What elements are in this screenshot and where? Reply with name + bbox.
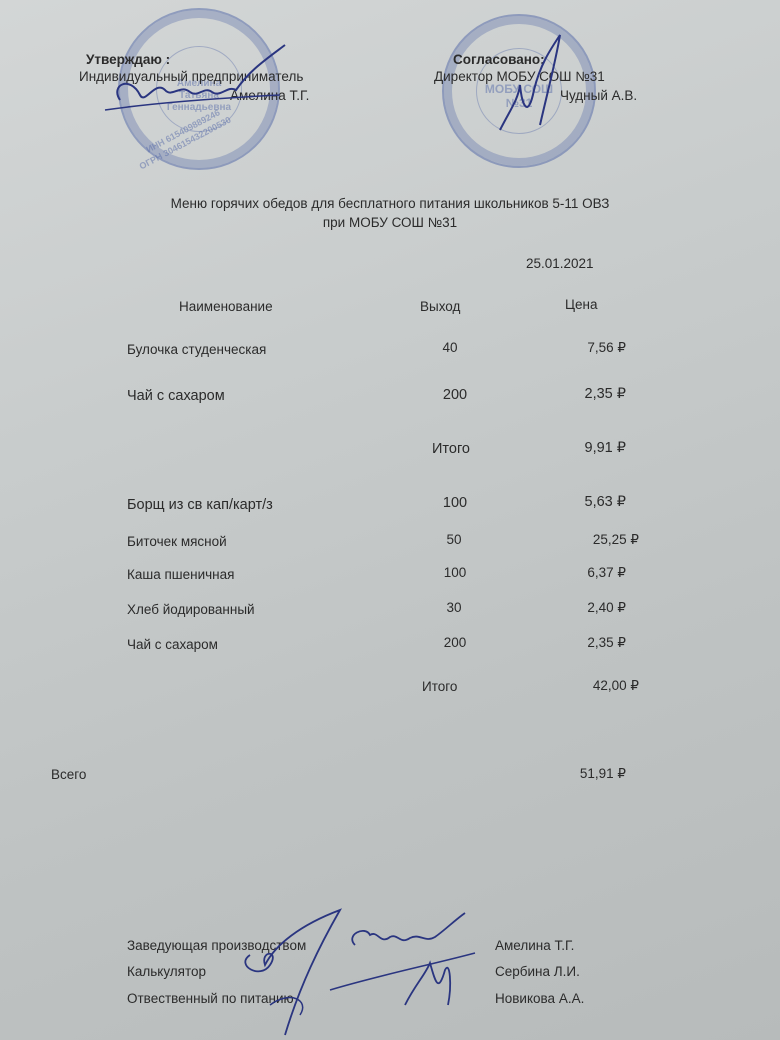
signer-role: Калькулятор xyxy=(127,964,206,979)
item-price: 25,25 ₽ xyxy=(540,532,639,548)
signer-name: Новикова А.А. xyxy=(495,991,584,1006)
item-price: 7,56 ₽ xyxy=(540,340,626,356)
item-yield: 200 xyxy=(425,635,485,650)
header-price: Цена xyxy=(565,297,597,312)
subtotal-value: 42,00 ₽ xyxy=(540,678,639,694)
signer-name: Сербина Л.И. xyxy=(495,964,580,979)
subtotal-label: Итого xyxy=(422,679,457,694)
item-yield: 200 xyxy=(425,387,485,403)
header-yield: Выход xyxy=(420,299,460,314)
item-yield: 30 xyxy=(424,600,484,615)
item-yield: 50 xyxy=(424,532,484,547)
agreed-name: Чудный А.В. xyxy=(560,88,637,103)
document-title-line1: Меню горячих обедов для бесплатного пита… xyxy=(0,196,780,211)
item-name: Каша пшеничная xyxy=(127,567,234,582)
item-name: Борщ из св кап/карт/з xyxy=(127,497,273,513)
item-yield: 40 xyxy=(420,340,480,355)
item-price: 2,35 ₽ xyxy=(540,635,626,651)
signature-left xyxy=(100,40,290,120)
item-name: Булочка студенческая xyxy=(127,342,266,357)
document-date: 25.01.2021 xyxy=(526,256,594,271)
item-name: Биточек мясной xyxy=(127,534,227,549)
document-title-line2: при МОБУ СОШ №31 xyxy=(0,215,780,230)
item-price: 6,37 ₽ xyxy=(540,565,626,581)
item-name: Хлеб йодированный xyxy=(127,602,255,617)
item-price: 5,63 ₽ xyxy=(540,494,626,510)
item-price: 2,35 ₽ xyxy=(540,386,626,402)
signature-right xyxy=(490,30,570,140)
item-price: 2,40 ₽ xyxy=(540,600,626,616)
header-name: Наименование xyxy=(179,299,273,314)
item-name: Чай с сахаром xyxy=(127,637,218,652)
grand-total-value: 51,91 ₽ xyxy=(540,766,626,782)
subtotal-label: Итого xyxy=(432,441,470,457)
grand-total-label: Всего xyxy=(51,767,86,782)
item-yield: 100 xyxy=(425,565,485,580)
signature-bottom xyxy=(230,905,490,1040)
item-yield: 100 xyxy=(425,495,485,511)
signer-name: Амелина Т.Г. xyxy=(495,938,574,953)
subtotal-value: 9,91 ₽ xyxy=(540,440,626,456)
item-name: Чай с сахаром xyxy=(127,388,225,404)
